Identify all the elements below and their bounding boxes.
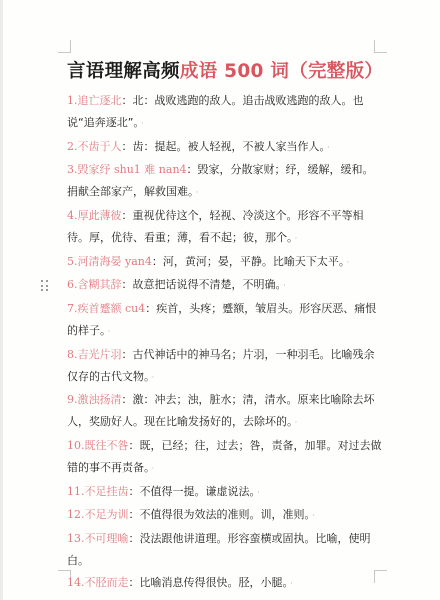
entry-number: 14.	[67, 576, 85, 589]
paragraph-mark: ·	[283, 281, 286, 291]
paragraph-mark: ·	[327, 143, 330, 153]
idiom-entry[interactable]: 9.激浊扬清：激：冲去；浊，脏水；清，清水。原来比喻除去坏人，奖励好人。现在比喻…	[67, 389, 382, 435]
idiom-definition: 齿：提起。被人轻视，不被人家当作人。	[133, 140, 326, 153]
entry-number: 10.	[67, 439, 85, 452]
idiom-term: 既往不咎	[85, 439, 129, 452]
idiom-entry[interactable]: 14.不胫而走：比喻消息传得很快。胫，小腿。·	[67, 572, 382, 596]
paragraph-mark: ·	[196, 188, 199, 198]
idiom-term: 厚此薄彼	[78, 209, 122, 222]
idiom-term: 不可理喻	[85, 532, 129, 545]
idiom-term: 不胫而走	[85, 576, 129, 589]
entry-number: 1.	[67, 94, 78, 107]
idiom-entry[interactable]: 7.疾首蹙额 cu4：疾首，头疼；蹙额，皱眉头。形容厌恶、痛恨的样子。·	[67, 298, 382, 344]
paragraph-mark: ·	[346, 258, 349, 268]
title-part-black: 言语理解高频	[67, 61, 180, 82]
paragraph-mark: ·	[152, 464, 155, 474]
paragraph-mark: ·	[141, 119, 144, 129]
idiom-term: 吉光片羽	[78, 348, 122, 361]
idiom-entry[interactable]: 13.不可理喻：没法跟他讲道理。形容蛮横或固执。比喻，使明白。	[67, 528, 382, 572]
idiom-definition: 不值得一提。谦虚说法。	[140, 485, 256, 498]
entry-number: 11.	[67, 485, 85, 498]
margin-corner-mark-top-left	[58, 40, 71, 53]
entry-number: 8.	[67, 348, 78, 361]
idiom-term: 不足挂齿	[85, 485, 129, 498]
paragraph-mark: ·	[312, 511, 315, 521]
entry-number: 3.	[67, 163, 78, 176]
entry-number: 7.	[67, 302, 78, 315]
idiom-term: 不齿于人	[78, 140, 122, 153]
idiom-entry[interactable]: 1.追亡逐北：北：战败逃跑的敌人。追击战败逃跑的敌人。也说“追奔逐北”。·	[67, 90, 382, 136]
entry-number: 12.	[67, 508, 85, 521]
idiom-term: 毁家纾 shu1 难 nan4	[78, 163, 187, 176]
paragraph-mark: ·	[152, 373, 155, 383]
idiom-definition: 不值得很为效法的准则。训，准则。	[140, 508, 311, 521]
idiom-entry[interactable]: 8.吉光片羽：古代神话中的神马名；片羽，一种羽毛。比喻残余仅存的古代文物。·	[67, 344, 382, 390]
paragraph-mark: ·	[295, 418, 298, 428]
paragraph-drag-handle-icon[interactable]	[41, 280, 49, 292]
document-title[interactable]: 言语理解高频成语 500 词（完整版）	[67, 60, 387, 84]
idiom-definition: 比喻消息传得很快。胫，小腿。	[140, 576, 289, 589]
idiom-term: 追亡逐北	[78, 94, 122, 107]
paragraph-mark: ·	[257, 488, 260, 498]
entry-number: 9.	[67, 393, 78, 406]
idiom-term: 含糊其辞	[78, 278, 122, 291]
idiom-entry[interactable]: 6.含糊其辞：故意把话说得不清楚，不明确。·	[67, 274, 382, 298]
paragraph-mark: ·	[295, 234, 298, 244]
document-body[interactable]: 1.追亡逐北：北：战败逃跑的敌人。追击战败逃跑的敌人。也说“追奔逐北”。· 2.…	[67, 90, 382, 596]
title-part-red: 成语 500 词（完整版）	[180, 61, 383, 82]
margin-corner-mark-top-right	[374, 40, 387, 53]
idiom-definition: 河，黄河；晏，平静。比喻天下太平。	[163, 255, 345, 268]
idiom-term: 不足为训	[85, 508, 129, 521]
idiom-entry[interactable]: 10.既往不咎：既，已经；往，过去；咎，责备，加罪。对过去做错的事不再责备。·	[67, 435, 382, 481]
document-page[interactable]: 言语理解高频成语 500 词（完整版） 1.追亡逐北：北：战败逃跑的敌人。追击战…	[3, 0, 440, 600]
idiom-entry[interactable]: 3.毁家纾 shu1 难 nan4：毁家，分散家财；纾，缓解，缓和。捐献全部家产…	[67, 159, 382, 205]
entry-number: 13.	[67, 532, 85, 545]
idiom-entry[interactable]: 11.不足挂齿：不值得一提。谦虚说法。·	[67, 481, 382, 505]
idiom-entry[interactable]: 2.不齿于人：齿：提起。被人轻视，不被人家当作人。·	[67, 136, 382, 160]
idiom-term: 激浊扬清	[78, 393, 122, 406]
entry-number: 4.	[67, 209, 78, 222]
idiom-term: 河清海晏 yan4	[78, 255, 152, 268]
idiom-entry[interactable]: 5.河清海晏 yan4：河，黄河；晏，平静。比喻天下太平。·	[67, 251, 382, 275]
entry-number: 2.	[67, 140, 78, 153]
idiom-entry[interactable]: 12.不足为训：不值得很为效法的准则。训，准则。·	[67, 504, 382, 528]
paragraph-mark: ·	[108, 327, 111, 337]
idiom-term: 疾首蹙额 cu4	[78, 302, 146, 315]
paragraph-mark: ·	[290, 579, 293, 589]
idiom-definition: 故意把话说得不清楚，不明确。	[133, 278, 282, 291]
entry-number: 5.	[67, 255, 78, 268]
idiom-entry[interactable]: 4.厚此薄彼：重视优待这个，轻视、冷淡这个。形容不平等相待。厚，优待、看重；薄，…	[67, 205, 382, 251]
entry-number: 6.	[67, 278, 78, 291]
